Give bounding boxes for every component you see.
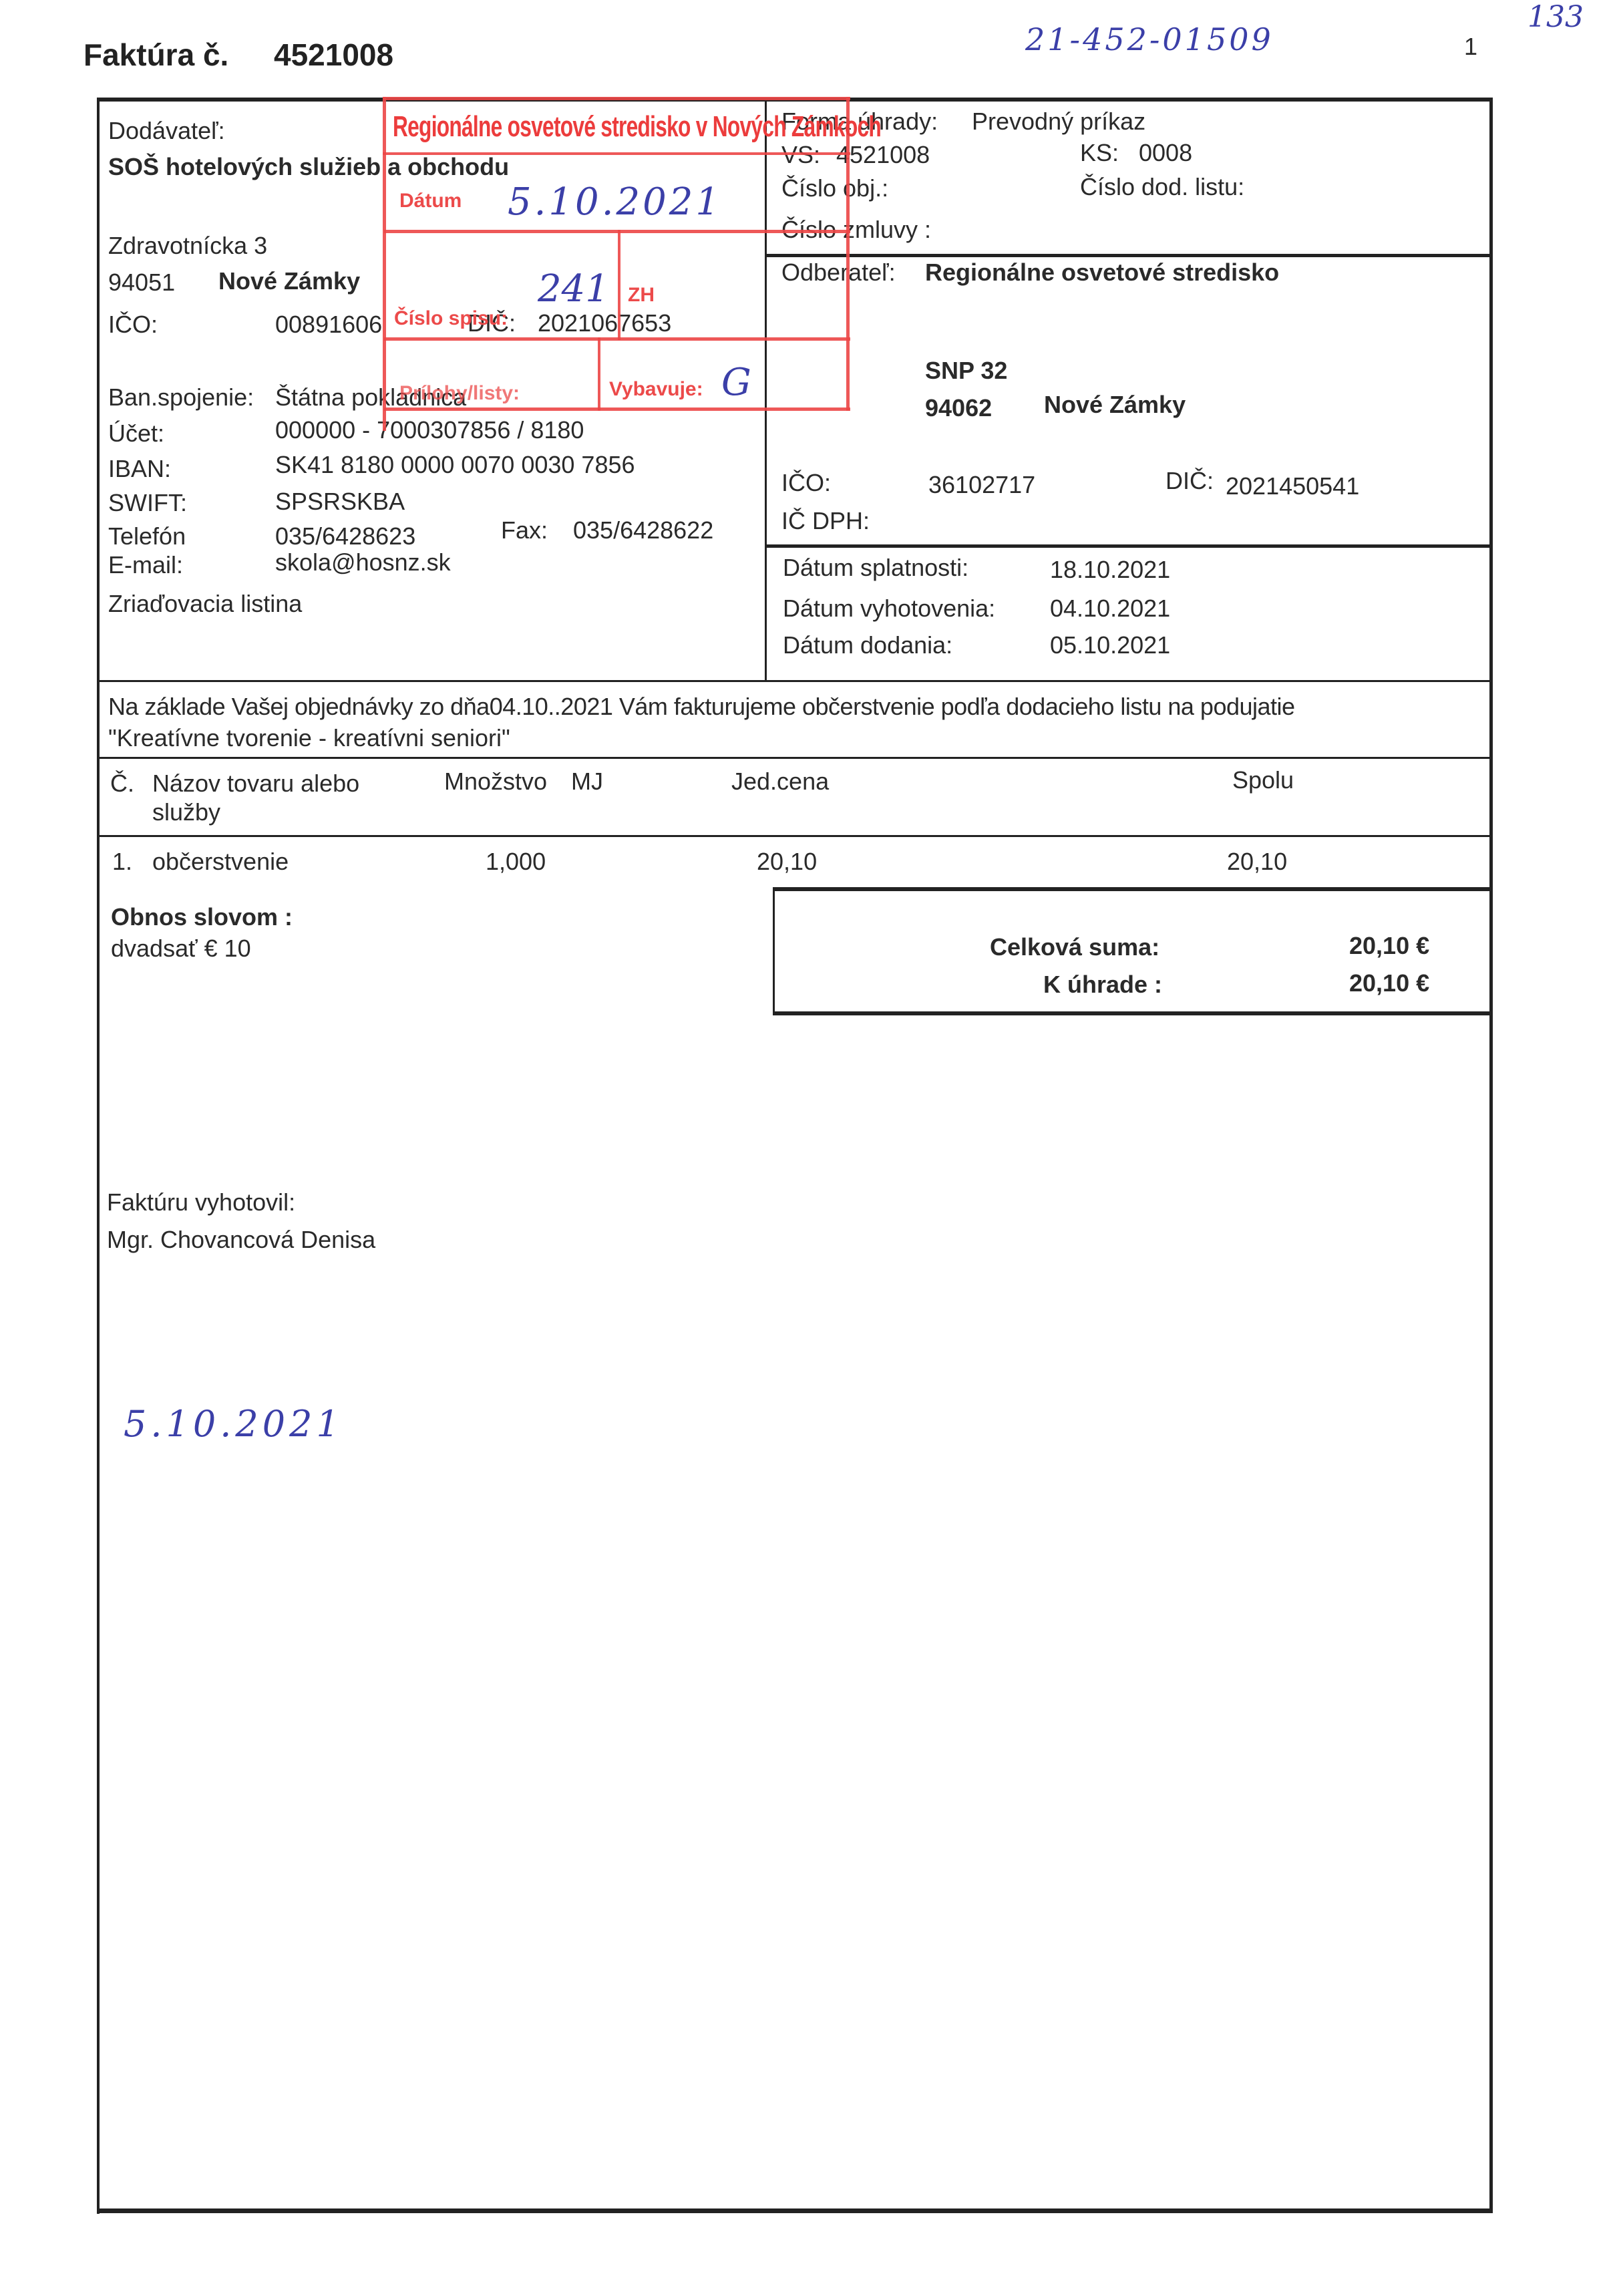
supplier-street: Zdravotnícka 3 [108,234,267,258]
supplier-ico: 00891606 [275,313,382,337]
totals-box-bottom [773,1011,1491,1015]
handwritten-corner-number: 133 [1528,0,1584,34]
col-header-total: Spolu [1232,768,1294,792]
order-note-line1: Na základe Vašej objednávky zo dňa04.10.… [108,695,1295,719]
fax-value: 035/6428622 [573,518,713,542]
supplier-city: Nové Zámky [218,269,360,293]
due-date: 18.10.2021 [1050,558,1170,582]
amount-words-value: dvadsať € 10 [111,937,251,961]
customer-ico: 36102717 [928,473,1035,497]
table-header-bottom-divider [97,835,1493,837]
issuer-label: Faktúru vyhotovil: [107,1190,295,1214]
stamp-title: Regionálne osvetové stredisko v Nových Z… [393,110,881,144]
email-value: skola@hosnz.sk [275,550,451,575]
frame-right [1489,98,1493,2208]
stamp-handler-value: G [721,361,751,404]
delivery-date: 05.10.2021 [1050,633,1170,657]
iban-label: IBAN: [108,457,171,481]
customer-city: Nové Zámky [1044,393,1186,417]
stamp-date-value: 5.10.2021 [508,180,722,224]
founding-document: Zriaďovacia listina [108,592,302,616]
phone-label: Telefón [108,524,186,548]
page-number: 1 [1464,35,1477,59]
cell-unit-price: 20,10 [757,850,817,874]
total-sum-label: Celková suma: [990,935,1159,959]
supplier-label: Dodávateľ: [108,119,225,143]
totals-box-left [773,887,775,1015]
customer-street: SNP 32 [925,359,1007,383]
frame-bottom [97,2208,1493,2213]
iban-value: SK41 8180 0000 0070 0030 7856 [275,453,635,477]
supplier-ico-label: IČO: [108,313,158,337]
supplier-zip: 94051 [108,271,175,295]
handwritten-reference: 21-452-01509 [1025,21,1274,57]
col-header-qty: Množstvo [444,770,547,794]
invoice-number: 4521008 [274,37,393,73]
account-label: Účet: [108,422,164,446]
bank-label: Ban.spojenie: [108,385,254,409]
customer-name: Regionálne osvetové stredisko [925,261,1279,285]
account-number: 000000 - 7000307856 / 8180 [275,418,584,442]
customer-divider [765,544,1493,548]
issue-date-label: Dátum vyhotovenia: [783,597,995,621]
stamp-file-value: 241 [538,267,609,311]
delivery-date-label: Dátum dodania: [783,633,952,657]
ks-value: 0008 [1139,141,1192,165]
cell-qty: 1,000 [486,850,546,874]
supplier-name: SOŠ hotelových služieb a obchodu [108,155,509,179]
fax-label: Fax: [501,518,548,542]
cell-total: 20,10 [1227,850,1287,874]
amount-due-value: 20,10 € [1349,971,1429,995]
order-number-label: Číslo obj.: [781,176,888,200]
payment-divider [765,254,1493,257]
cell-no: 1. [112,850,132,874]
supplier-dic: 2021067653 [538,311,671,335]
col-header-name: Názov tovaru alebo [152,772,359,796]
note-top-divider [97,680,1493,682]
cell-name: občerstvenie [152,850,289,874]
col-header-unit: MJ [571,770,603,794]
swift-value: SPSRSKBA [275,490,405,514]
table-header-top-divider [97,757,1493,759]
stamp-department: ZH [628,284,655,307]
customer-dic: 2021450541 [1226,474,1359,498]
customer-vat-label: IČ DPH: [781,509,870,533]
phone-value: 035/6428623 [275,524,415,548]
col-header-name-line2: služby [152,800,220,824]
delivery-note-label: Číslo dod. listu: [1080,175,1244,199]
totals-box-top [773,887,1491,891]
customer-zip: 94062 [925,396,992,420]
payment-method: Prevodný príkaz [972,110,1145,134]
vs-label: VS: [781,143,820,167]
col-header-no: Č. [110,772,134,796]
customer-ico-label: IČO: [781,471,831,495]
column-divider [765,100,767,681]
invoice-title-label: Faktúra č. [83,37,228,73]
customer-label: Odberateľ: [781,261,896,285]
amount-words-label: Obnos slovom : [111,905,293,929]
vs-value: 4521008 [836,143,930,167]
stamp-attachments-label: Prílohy/listy: [399,382,520,405]
ks-label: KS: [1080,141,1119,165]
stamp-file-label: Číslo spisu: [394,307,508,330]
customer-dic-label: DIČ: [1166,469,1214,493]
stamp-handler-label: Vybavuje: [609,378,703,401]
swift-label: SWIFT: [108,491,187,515]
issue-date: 04.10.2021 [1050,597,1170,621]
frame-left [97,98,100,2214]
handwritten-date: 5.10.2021 [124,1403,343,1445]
issuer-name: Mgr. Chovancová Denisa [107,1228,375,1252]
due-date-label: Dátum splatnosti: [783,556,968,580]
col-header-unit-price: Jed.cena [731,770,829,794]
stamp-date-label: Dátum [399,190,462,212]
total-sum-value: 20,10 € [1349,934,1429,958]
amount-due-label: K úhrade : [1043,973,1162,997]
order-note-line2: "Kreatívne tvorenie - kreatívni seniori" [108,726,510,750]
email-label: E-mail: [108,553,183,577]
